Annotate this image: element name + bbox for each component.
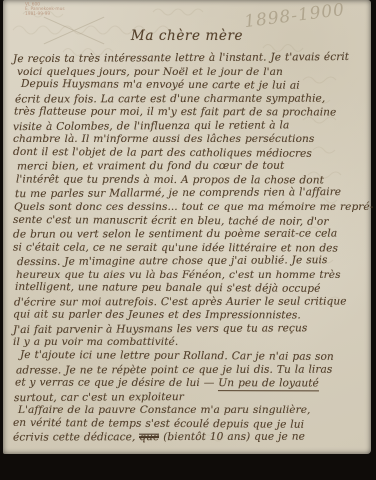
text-segment: d'écrire sur moi autrefois. C'est après … [14, 295, 347, 308]
text-segment: heureux que tu aies vu là bas Fénéon, c'… [16, 269, 341, 281]
text-segment: dessins. Je m'imagine autre chose que j'… [17, 254, 328, 268]
letter-line: L'affaire de la pauvre Constance m'a par… [18, 404, 365, 418]
text-segment: intelligent, une nature peu banale qui s… [15, 281, 321, 295]
text-segment: Depuis Huysmans m'a envoyé une carte et … [21, 78, 300, 92]
letter-line: et y verras ce que je désire de lui — Un… [15, 377, 365, 392]
letter-line: écrivis cette dédicace, que (bientôt 10 … [13, 431, 365, 446]
letter-line: tu me parles sur Mallarmé, je ne compren… [15, 186, 365, 202]
letter-line: dessins. Je m'imagine autre chose que j'… [17, 254, 365, 270]
text-segment: merci bien, et vraiment du fond du cœur … [17, 160, 284, 173]
letter-salutation: Ma chère mère [3, 28, 371, 44]
text-segment: voici quelques jours, pour Noël et le jo… [17, 66, 283, 78]
letter-line: Je reçois ta très intéressante lettre à … [13, 51, 365, 67]
text-segment: et y verras ce que je désire de lui — [15, 377, 218, 390]
text-segment: qui ait su parler des Jeunes et des Impr… [13, 309, 301, 322]
text-segment: L'affaire de la pauvre Constance m'a par… [18, 404, 310, 416]
text-segment: Quels sont donc ces dessins... tout ce q… [14, 201, 373, 213]
letter-line: Je t'ajoute ici une lettre pour Rolland.… [20, 349, 365, 365]
text-segment: il y a pu voir ma combattivité. [13, 336, 178, 348]
text-segment: Je reçois ta très intéressante lettre à … [13, 51, 349, 65]
letter-paper: VL 600 E. Pannekoek-mus 1981-99-99 1898-… [3, 0, 371, 454]
letter-line: chambre là. Il m'informe aussi des lâche… [13, 133, 365, 147]
letter-line: adresse. Je ne te répète point ce que je… [16, 363, 365, 378]
scanned-letter-page: { "annotations": { "archive_note_lines":… [0, 0, 376, 480]
letter-line: intelligent, une nature peu banale qui s… [15, 281, 365, 297]
struck-word: que [139, 431, 159, 443]
text-segment: l'intérêt que tu prends à moi. A propos … [16, 173, 324, 186]
text-segment: visite à Colombes, de l'influenza qui le… [13, 119, 289, 133]
letter-line: surtout, car c'est un exploiteur [14, 390, 365, 406]
letter-line: Depuis Huysmans m'a envoyé une carte et … [21, 78, 365, 94]
letter-line: Quels sont donc ces dessins... tout ce q… [14, 201, 365, 215]
text-segment: tu me parles sur Mallarmé, je ne compren… [15, 187, 341, 201]
text-segment: écrit deux fois. La carte est d'une char… [15, 92, 325, 105]
text-segment: chambre là. Il m'informe aussi des lâche… [13, 133, 314, 145]
text-segment: sente c'est un manuscrit écrit en bleu, … [13, 213, 329, 227]
text-segment: si c'était cela, ce ne serait qu'une idé… [13, 241, 338, 254]
text-segment: écrivis cette dédicace, [13, 431, 139, 443]
text-segment: Je t'ajoute ici une lettre pour Rolland.… [20, 349, 334, 363]
text-segment: J'ai fait parvenir à Huysmans les vers q… [13, 322, 307, 336]
text-segment: de brun ou vert selon le sentiment du po… [13, 228, 337, 241]
text-segment: en vérité tant de temps s'est écoulé dep… [13, 417, 304, 431]
text-segment: (bientôt 10 ans) que je ne [159, 431, 305, 443]
letter-line: merci bien, et vraiment du fond du cœur … [17, 160, 365, 175]
letter-line: il y a pu voir ma combattivité. [13, 336, 365, 350]
letter-line: très flatteuse pour moi, il m'y est fait… [14, 106, 365, 121]
text-segment: adresse. Je ne te répète point ce que je… [16, 363, 332, 376]
letter-line: J'ai fait parvenir à Huysmans les vers q… [13, 322, 365, 338]
text-segment: surtout, car c'est un exploiteur [14, 391, 184, 404]
text-segment: très flatteuse pour moi, il m'y est fait… [14, 106, 336, 119]
letter-line: voici quelques jours, pour Noël et le jo… [17, 66, 365, 80]
letter-body: Je reçois ta très intéressante lettre à … [13, 52, 365, 445]
letter-line: de brun ou vert selon le sentiment du po… [13, 228, 365, 243]
letter-line: écrit deux fois. La carte est d'une char… [15, 92, 365, 107]
letter-line: visite à Colombes, de l'influenza qui le… [13, 119, 365, 135]
text-segment: dont il est l'objet de la part des catho… [13, 146, 312, 160]
